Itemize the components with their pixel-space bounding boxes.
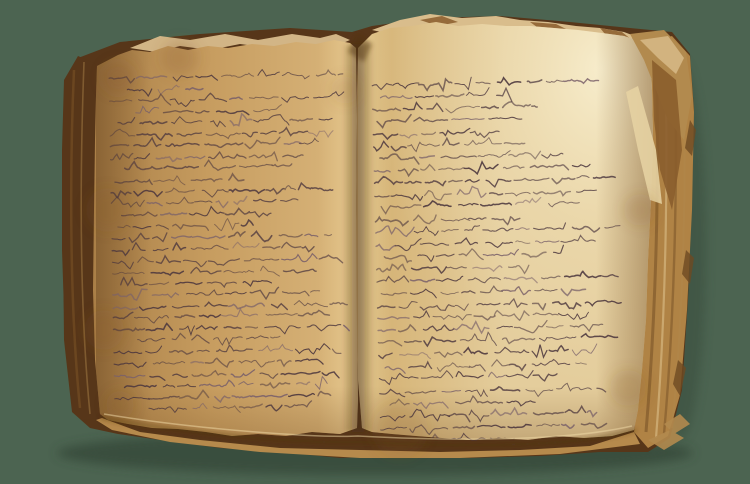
photo-canvas [0, 0, 750, 484]
manuscript-book-photo [0, 0, 750, 484]
